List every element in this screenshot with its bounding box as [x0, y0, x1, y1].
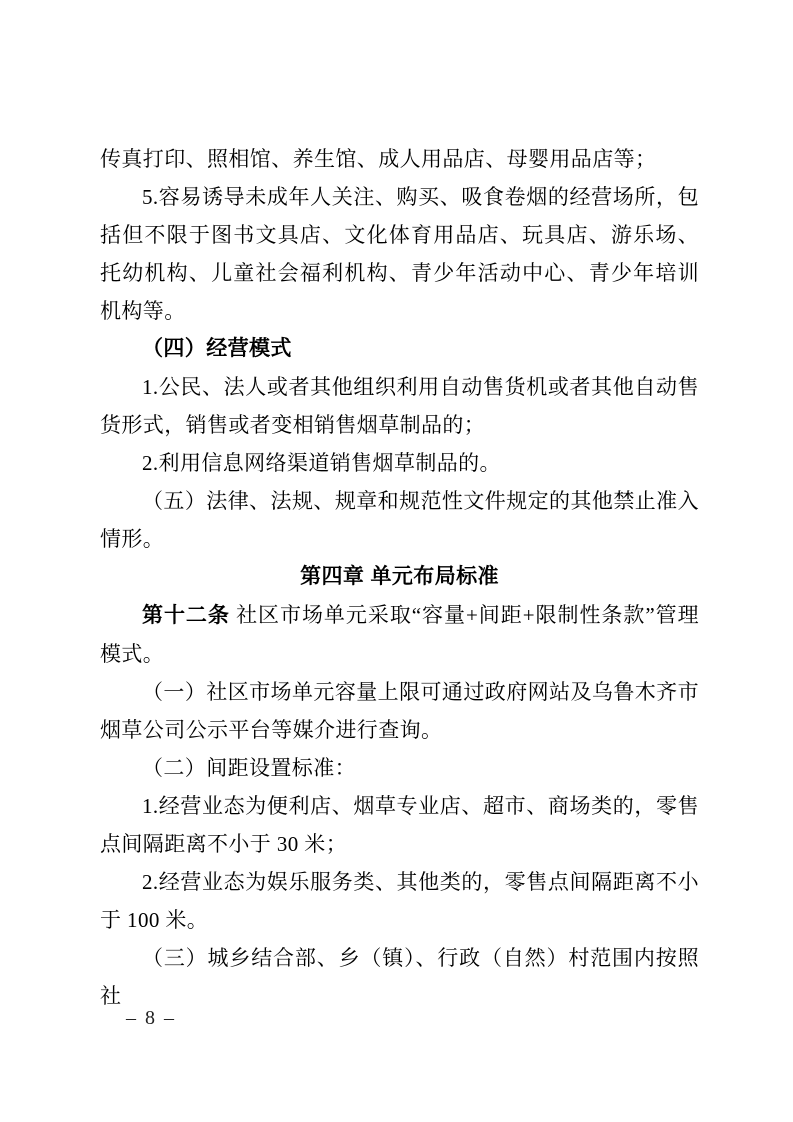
paragraph-text: （三）城乡结合部、乡（镇）、行政（自然）村范围内按照社: [100, 946, 699, 1008]
paragraph-bold-lead: 第十二条: [142, 604, 230, 627]
paragraph: 传真打印、照相馆、养生馆、成人用品店、母婴用品店等；: [100, 140, 699, 178]
document-body: 传真打印、照相馆、养生馆、成人用品店、母婴用品店等；5.容易诱导未成年人关注、购…: [100, 140, 699, 1015]
paragraph: （三）城乡结合部、乡（镇）、行政（自然）村范围内按照社: [100, 939, 699, 1015]
paragraph-text: 1.公民、法人或者其他组织利用自动售货机或者其他自动售货形式，销售或者变相销售烟…: [100, 375, 699, 437]
paragraph: 2.利用信息网络渠道销售烟草制品的。: [100, 444, 699, 482]
paragraph-text: 2.利用信息网络渠道销售烟草制品的。: [142, 451, 501, 475]
paragraph: 第十二条 社区市场单元采取“容量+间距+限制性条款”管理模式。: [100, 596, 699, 673]
paragraph-text: （二）间距设置标准：: [142, 756, 356, 780]
paragraph-text: 1.经营业态为便利店、烟草专业店、超市、商场类的，零售点间隔距离不小于 30 米…: [100, 794, 699, 856]
chapter-heading: 第四章 单元布局标准: [100, 558, 699, 596]
paragraph-text: 5.容易诱导未成年人关注、购买、吸食卷烟的经营场所，包括但不限于图书文具店、文化…: [100, 185, 699, 323]
paragraph: 2.经营业态为娱乐服务类、其他类的，零售点间隔距离不小于 100 米。: [100, 863, 699, 939]
paragraph: （一）社区市场单元容量上限可通过政府网站及乌鲁木齐市烟草公司公示平台等媒介进行查…: [100, 673, 699, 749]
paragraph: 5.容易诱导未成年人关注、购买、吸食卷烟的经营场所，包括但不限于图书文具店、文化…: [100, 178, 699, 330]
paragraph: 1.经营业态为便利店、烟草专业店、超市、商场类的，零售点间隔距离不小于 30 米…: [100, 787, 699, 863]
page-number: – 8 –: [126, 1006, 176, 1030]
document-page: 传真打印、照相馆、养生馆、成人用品店、母婴用品店等；5.容易诱导未成年人关注、购…: [0, 0, 793, 1122]
paragraph: （五）法律、法规、规章和规范性文件规定的其他禁止准入情形。: [100, 482, 699, 558]
paragraph: （二）间距设置标准：: [100, 749, 699, 787]
paragraph-text: 第四章 单元布局标准: [300, 565, 499, 588]
paragraph-text: （一）社区市场单元容量上限可通过政府网站及乌鲁木齐市烟草公司公示平台等媒介进行查…: [100, 680, 699, 742]
paragraph-text: （四）经营模式: [142, 337, 292, 360]
paragraph-text: 2.经营业态为娱乐服务类、其他类的，零售点间隔距离不小于 100 米。: [100, 870, 699, 932]
section-subheading: （四）经营模式: [100, 330, 699, 368]
paragraph-text: （五）法律、法规、规章和规范性文件规定的其他禁止准入情形。: [100, 489, 699, 551]
paragraph: 1.公民、法人或者其他组织利用自动售货机或者其他自动售货形式，销售或者变相销售烟…: [100, 368, 699, 444]
paragraph-text: 传真打印、照相馆、养生馆、成人用品店、母婴用品店等；: [100, 147, 656, 171]
